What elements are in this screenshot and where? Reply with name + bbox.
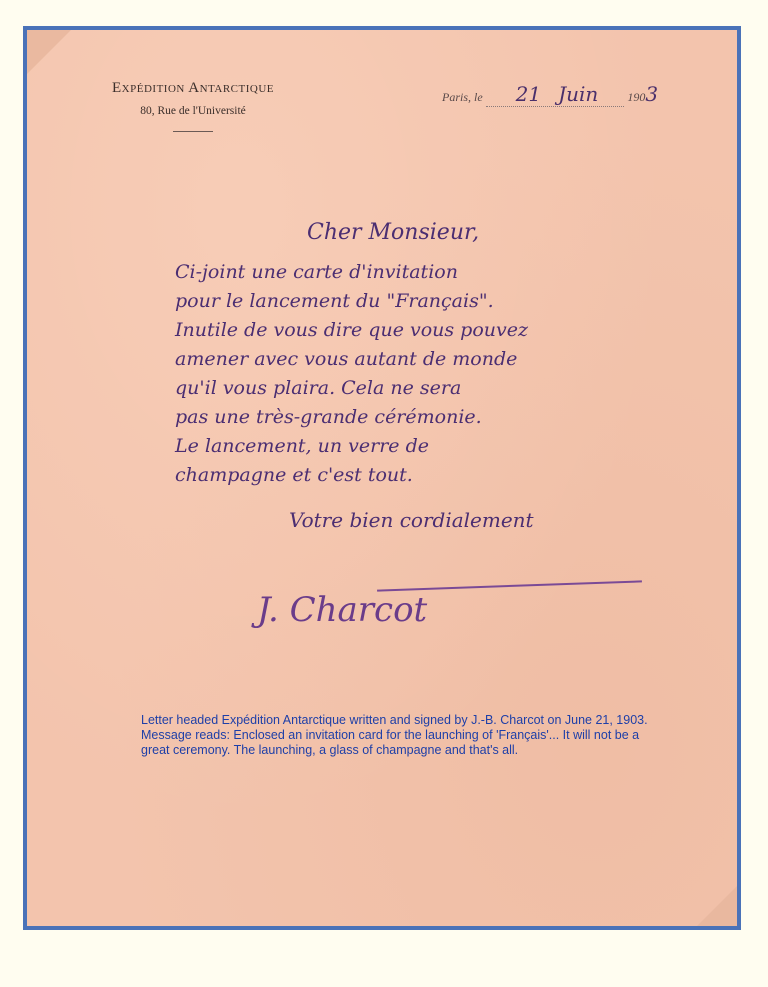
dateline-day: 21 xyxy=(516,82,541,106)
dateline-prefix: Paris, le xyxy=(442,90,483,104)
dateline-year-handwritten: 3 xyxy=(645,82,658,106)
salutation: Cher Monsieur, xyxy=(307,220,479,245)
body-line: qu'il vous plaira. Cela ne sera xyxy=(175,374,528,403)
caption-line: Letter headed Expédition Antarctique wri… xyxy=(141,713,681,728)
letterhead-title: Expédition Antarctique xyxy=(93,80,293,97)
dateline: Paris, le 21 Juin 1903 xyxy=(442,82,658,107)
letter-frame: Expédition Antarctique 80, Rue de l'Univ… xyxy=(23,26,741,930)
letter-paper: Expédition Antarctique 80, Rue de l'Univ… xyxy=(27,30,737,926)
body-line: pour le lancement du "Français". xyxy=(175,287,528,316)
body-line: pas une très-grande cérémonie. xyxy=(175,403,528,432)
letterhead-divider xyxy=(173,131,213,132)
body-line: champagne et c'est tout. xyxy=(175,461,528,490)
folded-corner-top-left xyxy=(27,30,71,74)
dateline-month: Juin xyxy=(558,82,598,106)
body-line: amener avec vous autant de monde xyxy=(175,345,528,374)
signature: J. Charcot xyxy=(257,590,427,630)
closing: Votre bien cordialement xyxy=(289,508,534,532)
dateline-year-printed: 190 xyxy=(627,90,645,104)
body-line: Inutile de vous dire que vous pouvez xyxy=(175,316,528,345)
body-line: Ci-joint une carte d'invitation xyxy=(175,258,528,287)
letter-body: Ci-joint une carte d'invitation pour le … xyxy=(175,258,528,490)
letterhead: Expédition Antarctique 80, Rue de l'Univ… xyxy=(93,80,293,132)
caption-line: great ceremony. The launching, a glass o… xyxy=(141,743,681,758)
folded-corner-bottom-right xyxy=(697,886,737,926)
caption-line: Message reads: Enclosed an invitation ca… xyxy=(141,728,681,743)
caption: Letter headed Expédition Antarctique wri… xyxy=(141,713,681,758)
body-line: Le lancement, un verre de xyxy=(175,432,528,461)
letterhead-address: 80, Rue de l'Université xyxy=(93,105,293,117)
